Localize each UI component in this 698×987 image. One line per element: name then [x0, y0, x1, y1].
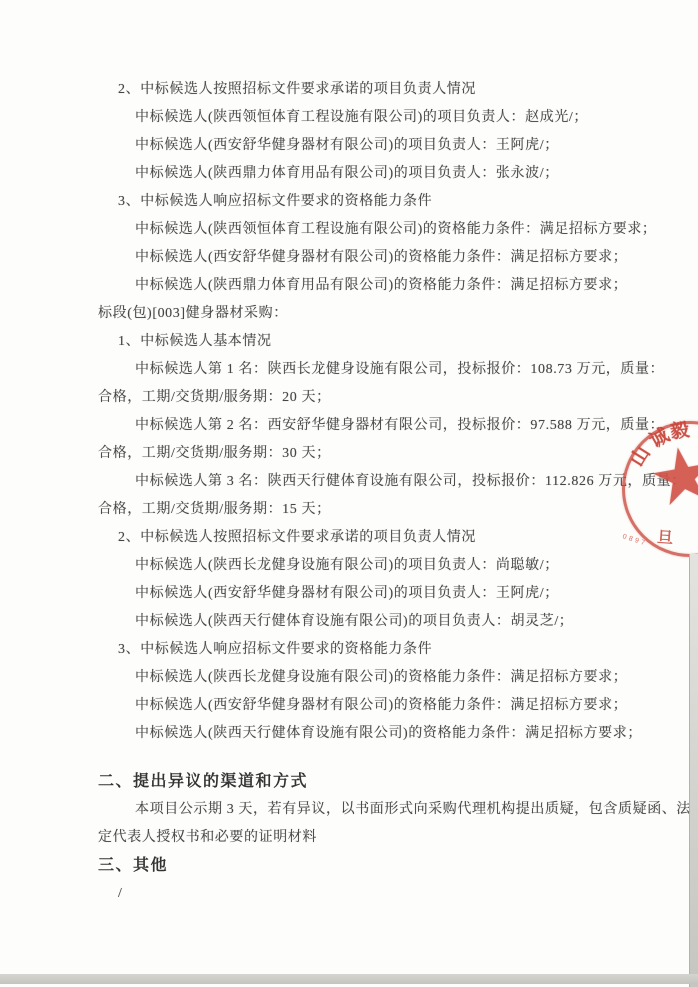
- document-line: 中标候选人第 2 名：西安舒华健身器材有限公司，投标报价：97.588 万元，质…: [98, 412, 610, 440]
- document-line: 1、中标候选人基本情况: [98, 328, 610, 356]
- document-line: 中标候选人(西安舒华健身器材有限公司)的项目负责人：王阿虎/；: [98, 132, 610, 160]
- scanned-document-page: { "colors": { "paper": "#fdfdfb", "text"…: [0, 0, 698, 987]
- document-line: 中标候选人(陕西长龙健身设施有限公司)的项目负责人：尚聪敏/；: [98, 552, 610, 580]
- document-line: 中标候选人(陕西长龙健身设施有限公司)的资格能力条件：满足招标方要求；: [98, 664, 610, 692]
- document-line: 中标候选人(西安舒华健身器材有限公司)的项目负责人：王阿虎/；: [98, 580, 610, 608]
- document-line: 中标候选人(陕西领恒体育工程设施有限公司)的资格能力条件：满足招标方要求；: [98, 216, 610, 244]
- document-line: 定代表人授权书和必要的证明材料: [98, 824, 610, 852]
- document-line: 中标候选人第 1 名：陕西长龙健身设施有限公司，投标报价：108.73 万元，质…: [98, 356, 610, 384]
- document-line: 3、中标候选人响应招标文件要求的资格能力条件: [98, 188, 610, 216]
- document-line: /: [98, 880, 610, 908]
- document-line: 中标候选人(陕西领恒体育工程设施有限公司)的项目负责人：赵成光/；: [98, 104, 610, 132]
- section-heading: 三、其他: [98, 852, 610, 880]
- document-line: 中标候选人(西安舒华健身器材有限公司)的资格能力条件：满足招标方要求；: [98, 692, 610, 720]
- document-line: 合格，工期/交货期/服务期：15 天；: [98, 496, 610, 524]
- document-line: 本项目公示期 3 天，若有异议，以书面形式向采购代理机构提出质疑，包含质疑函、法: [98, 796, 610, 824]
- document-line: 3、中标候选人响应招标文件要求的资格能力条件: [98, 636, 610, 664]
- section-heading: 二、提出异议的渠道和方式: [98, 768, 610, 796]
- document-line: 标段(包)[003]健身器材采购：: [98, 300, 610, 328]
- seal-bottom-glyph: 旦: [656, 529, 673, 548]
- document-line: 合格，工期/交货期/服务期：30 天；: [98, 440, 610, 468]
- document-line: 中标候选人(陕西鼎力体育用品有限公司)的资格能力条件：满足招标方要求；: [98, 272, 610, 300]
- document-line: 中标候选人(陕西天行健体育设施有限公司)的项目负责人：胡灵芝/；: [98, 608, 610, 636]
- document-line: 中标候选人(陕西天行健体育设施有限公司)的资格能力条件：满足招标方要求；: [98, 720, 610, 748]
- document-body: 2、中标候选人按照招标文件要求承诺的项目负责人情况中标候选人(陕西领恒体育工程设…: [98, 76, 610, 908]
- seal-arc-char: 毅: [669, 421, 692, 444]
- document-line: 合格，工期/交货期/服务期：20 天；: [98, 384, 610, 412]
- document-line: 中标候选人(陕西鼎力体育用品有限公司)的项目负责人：张永波/；: [98, 160, 610, 188]
- document-line: 2、中标候选人按照招标文件要求承诺的项目负责人情况: [98, 76, 610, 104]
- document-line: 2、中标候选人按照招标文件要求承诺的项目负责人情况: [98, 524, 610, 552]
- scan-edge-bottom: [0, 974, 698, 984]
- document-line: 中标候选人第 3 名：陕西天行健体育设施有限公司，投标报价：112.826 万元…: [98, 468, 610, 496]
- document-line: 中标候选人(西安舒华健身器材有限公司)的资格能力条件：满足招标方要求；: [98, 244, 610, 272]
- scan-edge-right: [689, 554, 698, 987]
